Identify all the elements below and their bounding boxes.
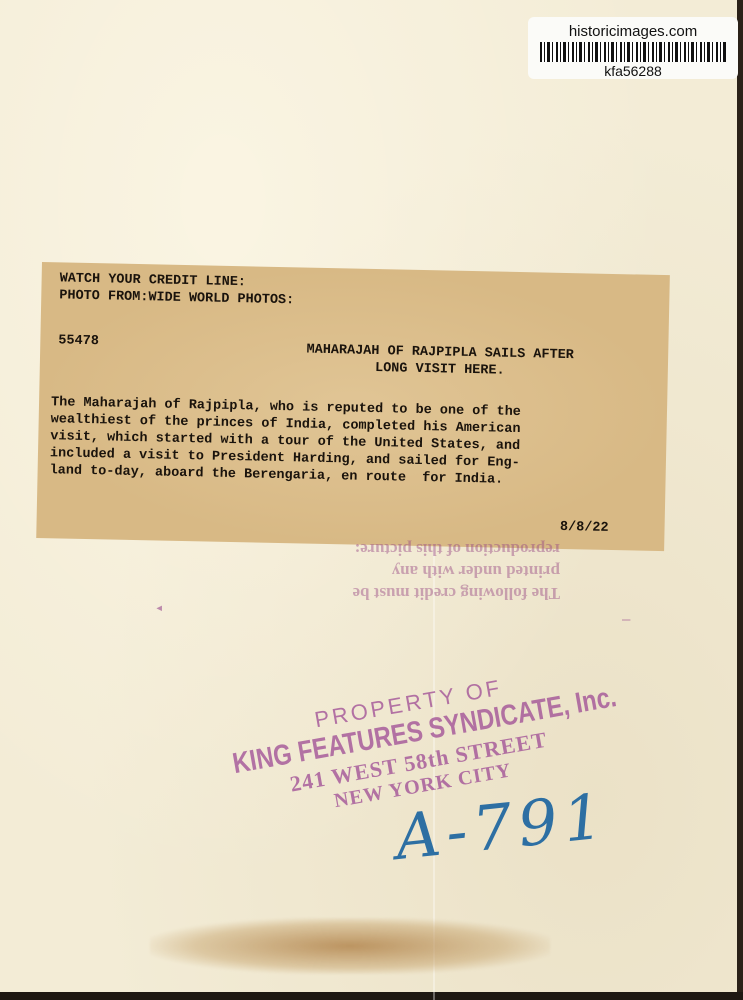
- caption-date: 8/8/22: [560, 519, 609, 537]
- watermark-id: kfa56288: [528, 63, 738, 79]
- bleed-through-line: reproduction of this picture:: [250, 538, 560, 560]
- caption-body: The Maharajah of Rajpipla, who is repute…: [49, 394, 656, 492]
- scan-edge-bottom: [0, 992, 743, 1000]
- glue-residue: [150, 918, 550, 974]
- bleed-through-line: printed under with any: [250, 560, 560, 582]
- ink-mark: –: [622, 612, 630, 628]
- headline: MAHARAJAH OF RAJPIPLA SAILS AFTER LONG V…: [250, 340, 631, 382]
- bleed-through-line: The following credit must be: [250, 582, 560, 604]
- reference-number: 55478: [58, 332, 99, 350]
- ink-mark: ◂: [155, 600, 163, 616]
- watermark-site: historicimages.com: [528, 23, 738, 40]
- bleed-through-credit-stamp: The following credit must be printed und…: [250, 538, 560, 604]
- press-caption-clipping: WATCH YOUR CREDIT LINE: PHOTO FROM:WIDE …: [36, 262, 670, 551]
- credit-line: PHOTO FROM:WIDE WORLD PHOTOS:: [59, 287, 294, 309]
- watermark-barcode-label: historicimages.com kfa56288: [528, 17, 738, 79]
- credit-line-block: WATCH YOUR CREDIT LINE: PHOTO FROM:WIDE …: [59, 270, 295, 309]
- scan-edge-right: [737, 0, 743, 1000]
- barcode-icon: [540, 42, 726, 62]
